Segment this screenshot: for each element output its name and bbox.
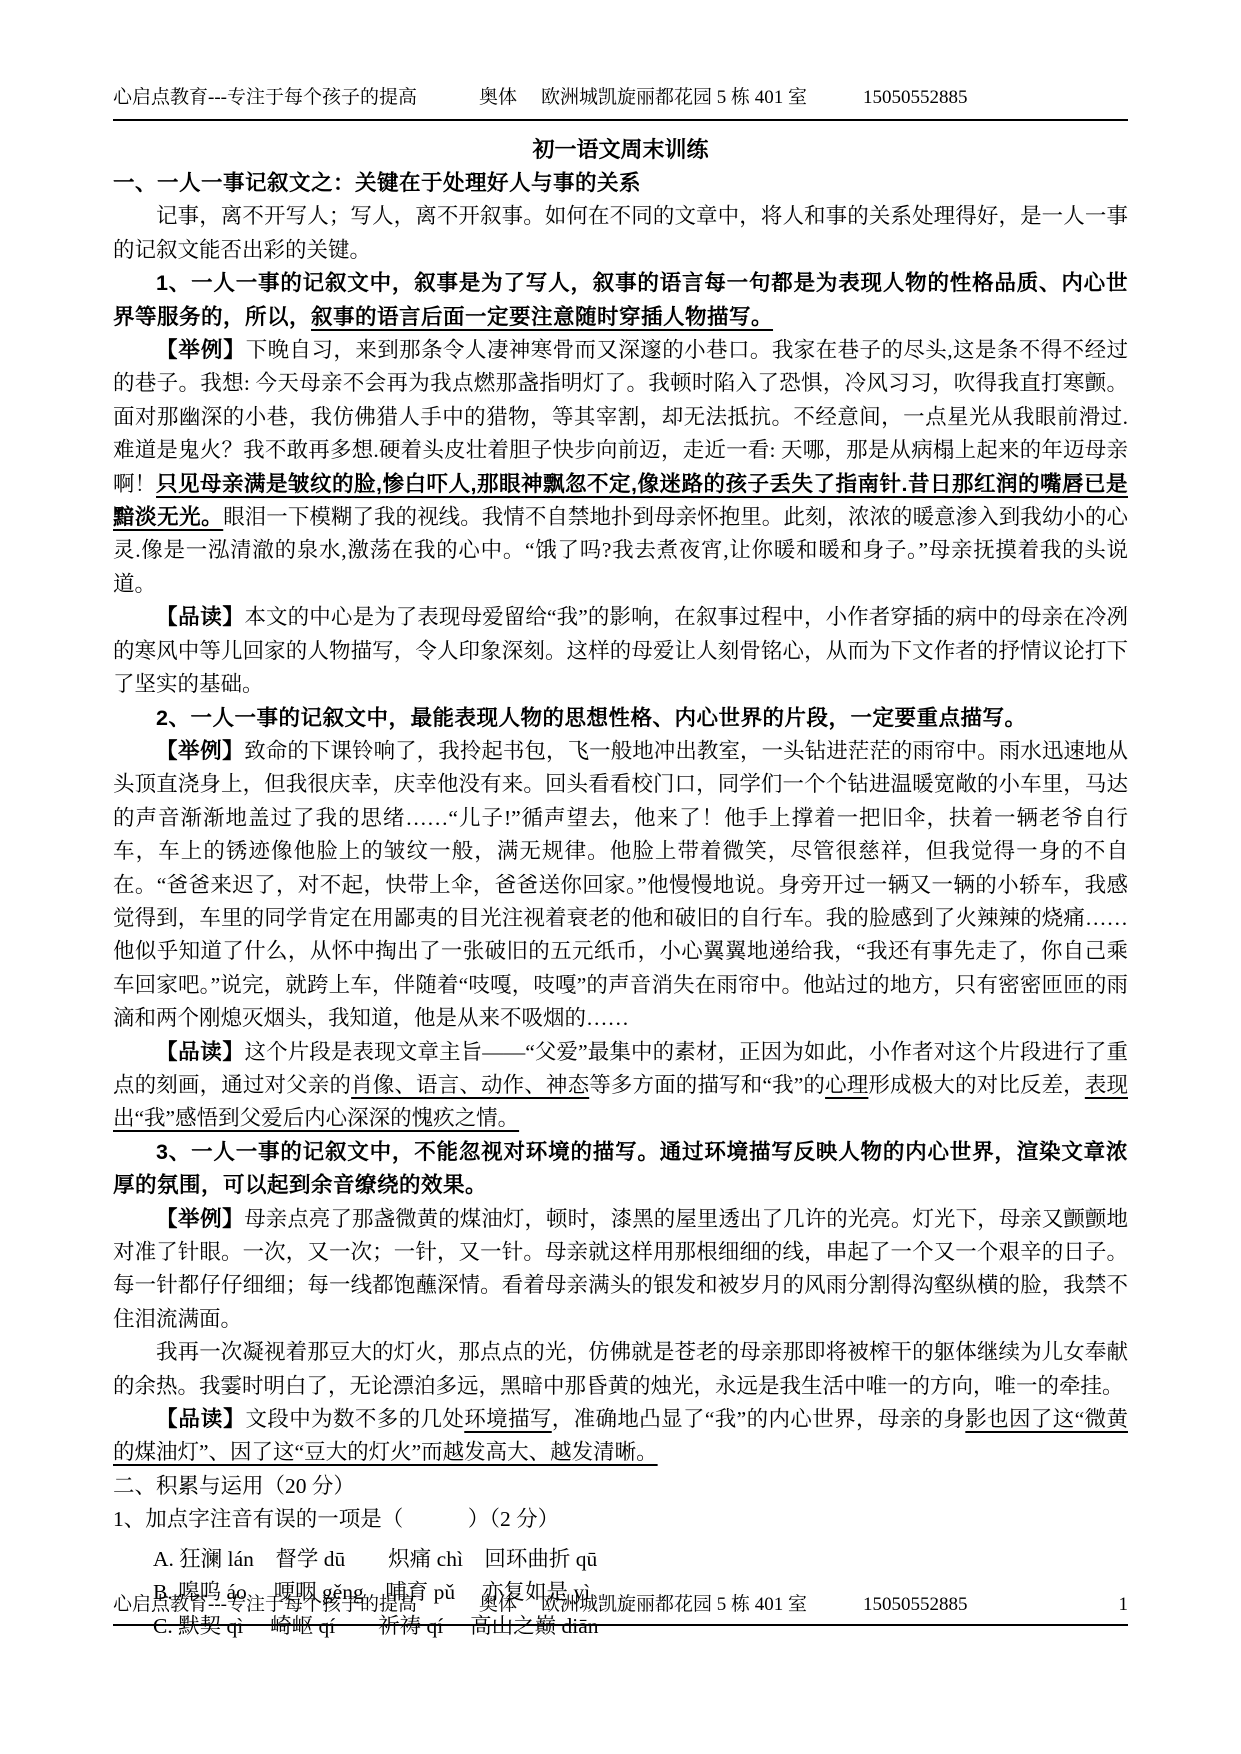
text-run: 【品读】 — [156, 605, 244, 629]
analysis-2: 【品读】这个片段是表现文章主旨——“父爱”最集中的素材，正因为如此，小作者对这个… — [113, 1036, 1128, 1136]
text-run: 【举例】 — [156, 1207, 244, 1231]
text-run: ，准确地凸显了“我”的内心世界，母亲的身 — [552, 1407, 966, 1431]
analysis-3: 【品读】文段中为数不多的几处环境描写，准确地凸显了“我”的内心世界，母亲的身影也… — [113, 1403, 1128, 1470]
text-run: 一、一人一事记叙文之：关键在于处理好人与事的关系 — [113, 171, 641, 195]
text-run: 母亲点亮了那盏微黄的煤油灯，顿时，漆黑的屋里透出了几许的光亮。灯光下，母亲又颤颤… — [113, 1207, 1128, 1331]
header-venue: 奥体 — [479, 82, 517, 109]
text-run: 【品读】 — [156, 1040, 244, 1064]
text-run: 等多方面的描写和“我”的 — [589, 1073, 825, 1097]
text-run: A. 狂澜 lán 督学 dū 炽痛 chì 回环曲折 qū — [153, 1547, 597, 1571]
text-run: 眼泪一下模糊了我的视线。我情不自禁地扑到母亲怀抱里。此刻，浓浓的暖意渗入到我幼小… — [113, 505, 1128, 596]
page-footer: 心启点教育---专注于每个孩子的提高 奥体 欧洲城凯旋丽都花园 5 栋 401 … — [113, 1589, 1128, 1626]
option-a: A. 狂澜 lán 督学 dū 炽痛 chì 回环曲折 qū — [113, 1543, 1128, 1577]
example-1: 【举例】下晚自习，来到那条令人凄神寒骨而又深邃的小巷口。我家在巷子的尽头,这是条… — [113, 334, 1128, 601]
footer-venue: 奥体 — [479, 1589, 517, 1616]
header-phone: 15050552885 — [863, 87, 968, 109]
example-3-continued: 我再一次凝视着那豆大的灯火，那点点的光，仿佛就是苍老的母亲那即将被榨干的躯体继续… — [113, 1336, 1128, 1403]
text-run: 3、一人一事的记叙文中，不能忽视对环境的描写。通过环境描写反映人物的内心世界，渲… — [113, 1140, 1128, 1197]
analysis-1: 【品读】本文的中心是为了表现母爱留给“我”的影响，在叙事过程中，小作者穿插的病中… — [113, 601, 1128, 701]
point-1: 1、一人一事的记叙文中，叙事是为了写人，叙事的语言每一句都是为表现人物的性格品质… — [113, 267, 1128, 334]
section-2-heading: 二、积累与运用（20 分） — [113, 1470, 1128, 1503]
document-title: 初一语文周末训练 — [113, 133, 1128, 166]
example-2: 【举例】致命的下课铃响了，我拎起书包，飞一般地冲出教室，一头钻进茫茫的雨帘中。雨… — [113, 735, 1128, 1036]
footer-brand: 心启点教育---专注于每个孩子的提高 — [113, 1589, 417, 1616]
emphasized-text-run: 肖像、语言、动作、神态 — [351, 1073, 589, 1097]
emphasized-text-run: 叙事的语言后面一定要注意随时穿插人物描写。 — [311, 305, 773, 329]
text-run: 我再一次凝视着那豆大的灯火，那点点的光，仿佛就是苍老的母亲那即将被榨干的躯体继续… — [113, 1340, 1128, 1397]
text-run: 文段中为数不多的几处 — [246, 1407, 465, 1431]
point-2: 2、一人一事的记叙文中，最能表现人物的思想性格、内心世界的片段，一定要重点描写。 — [113, 702, 1128, 735]
text-run: 【举例】 — [156, 338, 246, 362]
text-run: 【品读】 — [156, 1407, 246, 1431]
example-3: 【举例】母亲点亮了那盏微黄的煤油灯，顿时，漆黑的屋里透出了几许的光亮。灯光下，母… — [113, 1203, 1128, 1337]
page-header: 心启点教育---专注于每个孩子的提高 奥体 欧洲城凯旋丽都花园 5 栋 401 … — [113, 0, 1128, 121]
text-run: 【举例】 — [156, 739, 244, 763]
text-run: 二、积累与运用（20 分） — [113, 1474, 355, 1498]
text-run: 致命的下课铃响了，我拎起书包，飞一般地冲出教室，一头钻进茫茫的雨帘中。雨水迅速地… — [113, 739, 1128, 1030]
text-run: 形成极大的对比反差， — [868, 1073, 1084, 1097]
text-run: 本文的中心是为了表现母爱留给“我”的影响，在叙事过程中，小作者穿插的病中的母亲在… — [113, 605, 1128, 696]
footer-phone: 15050552885 — [863, 1594, 968, 1616]
section-1-heading: 一、一人一事记叙文之：关键在于处理好人与事的关系 — [113, 167, 1128, 200]
document-body: 一、一人一事记叙文之：关键在于处理好人与事的关系记事，离不开写人；写人，离不开叙… — [113, 167, 1128, 1644]
emphasized-text-run: 环境描写 — [464, 1407, 552, 1431]
text-run: 记事，离不开写人；写人，离不开叙事。如何在不同的文章中，将人和事的关系处理得好，… — [113, 204, 1128, 261]
footer-address: 欧洲城凯旋丽都花园 5 栋 401 室 — [541, 1589, 807, 1616]
header-address: 欧洲城凯旋丽都花园 5 栋 401 室 — [541, 82, 807, 109]
emphasized-text-run: 心理 — [825, 1073, 868, 1097]
question-1: 1、加点字注音有误的一项是（ ）（2 分） — [113, 1503, 1128, 1536]
page-number: 1 — [1119, 1594, 1129, 1616]
text-run: 2、一人一事的记叙文中，最能表现人物的思想性格、内心世界的片段，一定要重点描写。 — [156, 706, 1026, 730]
point-3: 3、一人一事的记叙文中，不能忽视对环境的描写。通过环境描写反映人物的内心世界，渲… — [113, 1136, 1128, 1203]
text-run: 1、加点字注音有误的一项是（ ）（2 分） — [113, 1507, 559, 1531]
intro-paragraph: 记事，离不开写人；写人，离不开叙事。如何在不同的文章中，将人和事的关系处理得好，… — [113, 200, 1128, 267]
header-brand: 心启点教育---专注于每个孩子的提高 — [113, 82, 417, 109]
document-page: 心启点教育---专注于每个孩子的提高 奥体 欧洲城凯旋丽都花园 5 栋 401 … — [0, 0, 1241, 1754]
